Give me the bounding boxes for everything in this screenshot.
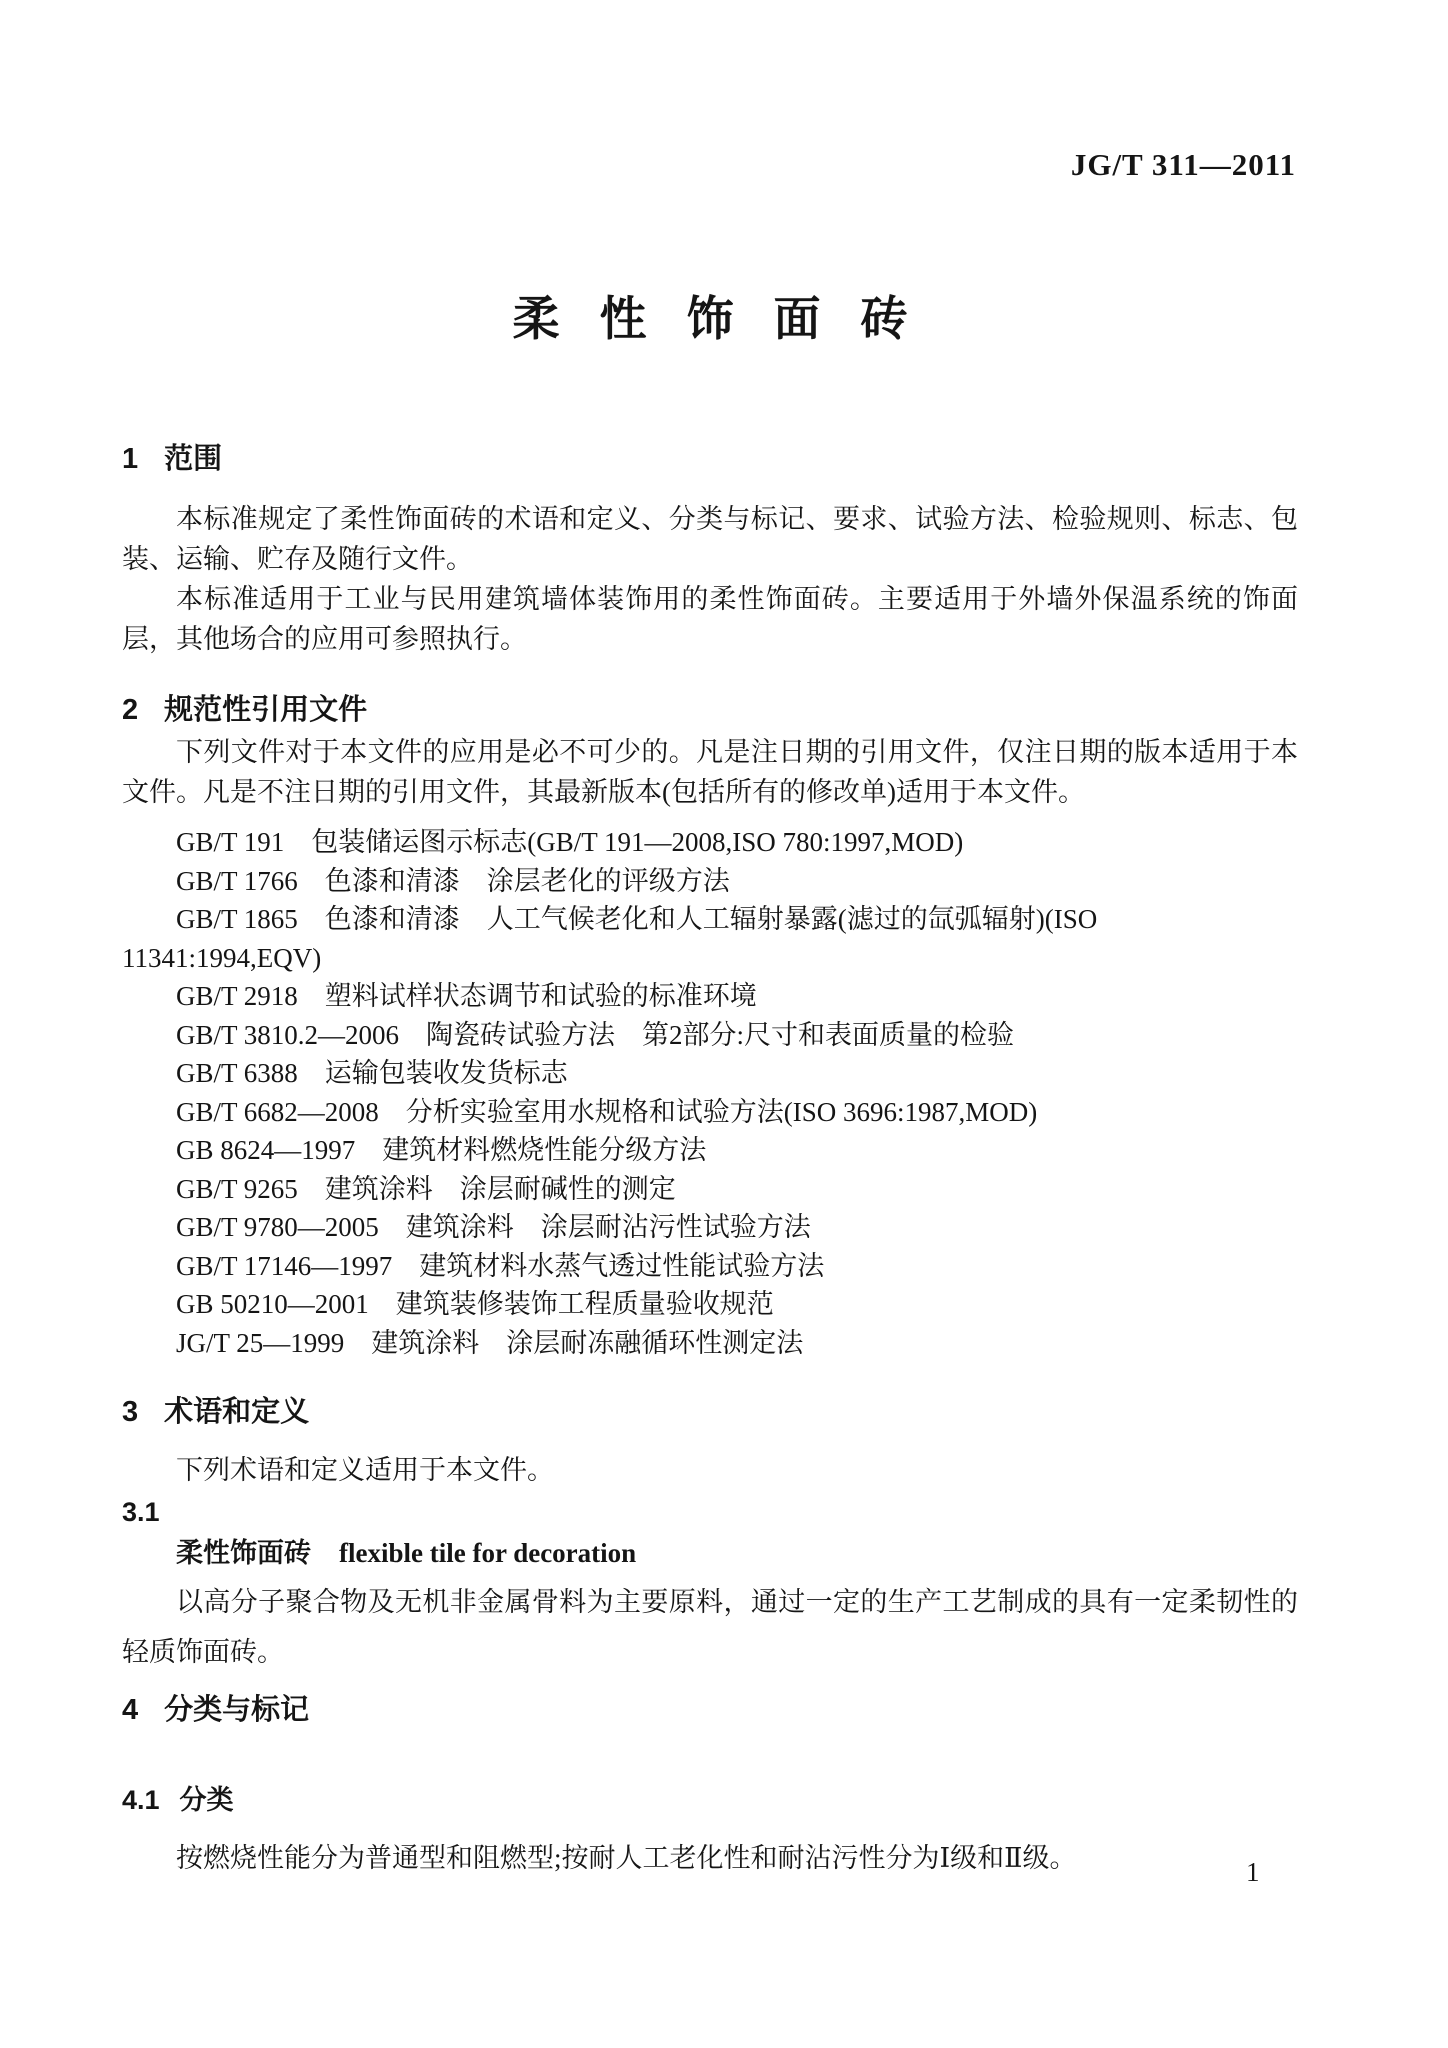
- section-4-heading: 4 分类与标记: [122, 1695, 1298, 1725]
- section-title: 范围: [164, 444, 222, 474]
- term-chinese: 柔性饰面砖: [176, 1533, 311, 1573]
- section-title: 规范性引用文件: [164, 695, 367, 725]
- normative-references-list: GB/T 191 包装储运图示标志(GB/T 191—2008,ISO 780:…: [122, 823, 1298, 1362]
- standard-code: JG/T 311—2011: [1071, 147, 1296, 183]
- document-title: 柔性饰面砖: [122, 282, 1298, 349]
- section-4-1-heading: 4.1 分类: [122, 1785, 1298, 1815]
- reference-item: GB/T 9780—2005 建筑涂料 涂层耐沾污性试验方法: [122, 1208, 1298, 1247]
- subsection-number: 4.1: [122, 1785, 160, 1815]
- normative-references-intro: 下列文件对于本文件的应用是必不可少的。凡是注日期的引用文件，仅注日期的版本适用于…: [122, 732, 1298, 812]
- section-number: 4: [122, 1695, 138, 1725]
- section-1-heading: 1 范围: [122, 444, 1298, 474]
- section-number: 2: [122, 695, 138, 725]
- term-english: flexible tile for decoration: [339, 1533, 636, 1573]
- page-number: 1: [1246, 1858, 1260, 1886]
- reference-item: JG/T 25—1999 建筑涂料 涂层耐冻融循环性测定法: [122, 1324, 1298, 1363]
- reference-item: GB 8624—1997 建筑材料燃烧性能分级方法: [122, 1131, 1298, 1170]
- scope-paragraph-2: 本标准适用于工业与民用建筑墙体装饰用的柔性饰面砖。主要适用于外墙外保温系统的饰面…: [122, 579, 1298, 659]
- clause-number: 3.1: [122, 1492, 1298, 1532]
- reference-item: GB/T 1865 色漆和清漆 人工气候老化和人工辐射暴露(滤过的氙弧辐射)(I…: [122, 900, 1298, 977]
- reference-item: GB/T 3810.2—2006 陶瓷砖试验方法 第2部分:尺寸和表面质量的检验: [122, 1016, 1298, 1055]
- reference-item: GB 50210—2001 建筑装修装饰工程质量验收规范: [122, 1285, 1298, 1324]
- reference-item: GB/T 2918 塑料试样状态调节和试验的标准环境: [122, 977, 1298, 1016]
- reference-item: GB/T 17146—1997 建筑材料水蒸气透过性能试验方法: [122, 1247, 1298, 1286]
- document-page: JG/T 311—2011 柔性饰面砖 1 范围 本标准规定了柔性饰面砖的术语和…: [0, 0, 1448, 2048]
- term-definition-line: 柔性饰面砖 flexible tile for decoration: [122, 1533, 1352, 1573]
- section-number: 1: [122, 444, 138, 474]
- section-title: 分类与标记: [164, 1695, 309, 1725]
- reference-item: GB/T 9265 建筑涂料 涂层耐碱性的测定: [122, 1170, 1298, 1209]
- reference-item: GB/T 1766 色漆和清漆 涂层老化的评级方法: [122, 862, 1298, 901]
- reference-item: GB/T 191 包装储运图示标志(GB/T 191—2008,ISO 780:…: [122, 823, 1298, 862]
- reference-item: GB/T 6388 运输包装收发货标志: [122, 1054, 1298, 1093]
- terms-intro: 下列术语和定义适用于本文件。: [122, 1450, 1298, 1490]
- reference-item: GB/T 6682—2008 分析实验室用水规格和试验方法(ISO 3696:1…: [122, 1093, 1298, 1132]
- scope-paragraph-1: 本标准规定了柔性饰面砖的术语和定义、分类与标记、要求、试验方法、检验规则、标志、…: [122, 499, 1298, 579]
- section-number: 3: [122, 1397, 138, 1427]
- section-2-heading: 2 规范性引用文件: [122, 695, 1298, 725]
- term-definition-text: 以高分子聚合物及无机非金属骨料为主要原料，通过一定的生产工艺制成的具有一定柔韧性…: [122, 1577, 1298, 1677]
- subsection-title: 分类: [180, 1785, 234, 1815]
- classification-paragraph: 按燃烧性能分为普通型和阻燃型;按耐人工老化性和耐沾污性分为Ⅰ级和Ⅱ级。: [122, 1838, 1298, 1878]
- section-title: 术语和定义: [164, 1397, 309, 1427]
- section-3-heading: 3 术语和定义: [122, 1397, 1298, 1427]
